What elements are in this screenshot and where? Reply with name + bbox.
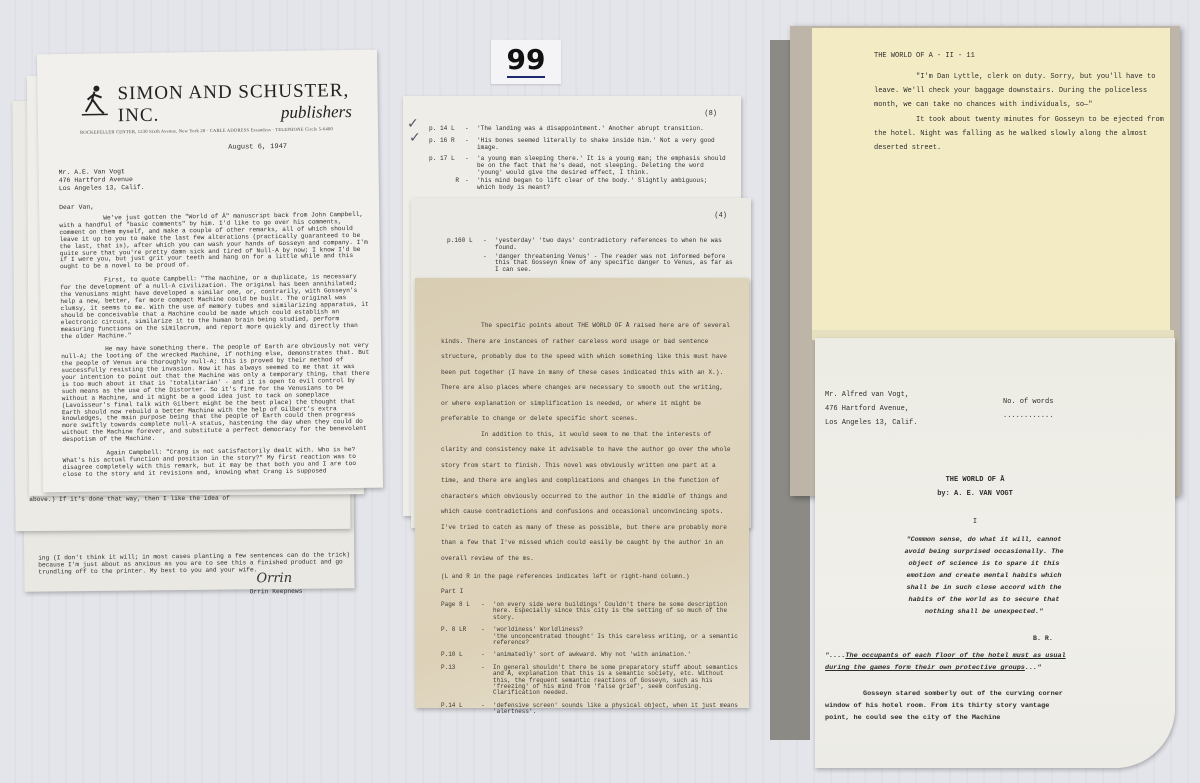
signature: Orrin <box>256 571 292 586</box>
note-entry: p. 14 L- 'The landing was a disappointme… <box>429 126 727 133</box>
lot-number: 99 <box>507 43 546 76</box>
letterhead-subtitle: publishers <box>281 102 352 123</box>
note-text: 'animatedly' sort of awkward. Why not 'w… <box>493 652 741 658</box>
manuscript-title: THE WORLD OF Ā <box>815 476 1135 484</box>
notes-summary-page: The specific points about THE WORLD OF Ā… <box>415 278 749 708</box>
summary-text: The specific points about THE WORLD OF Ā… <box>441 318 733 566</box>
opening-text: Gosseyn stared somberly out of the curvi… <box>825 688 1075 724</box>
page-number: (8) <box>704 110 717 118</box>
note-ref: p. 14 L <box>429 126 465 133</box>
manuscript-title-page: Mr. Alfred van Vogt, 476 Hartford Avenue… <box>815 338 1175 768</box>
note-ref: p. 17 L <box>429 156 465 176</box>
letter-paragraph: We've just gotten the "World of Ā" manus… <box>59 212 370 272</box>
note-text: 'a young man sleeping there.' It is a yo… <box>477 156 727 176</box>
summary-paragraph: The specific points about THE WORLD OF Ā… <box>441 318 733 427</box>
letter-salutation: Dear Van, <box>59 204 94 211</box>
quote-suffix: ..." <box>1025 664 1041 672</box>
note-text: 'The landing was a disappointment.' Anot… <box>477 126 727 133</box>
letter-paragraph: Again Campbell: "Crang is not satisfacto… <box>63 447 373 479</box>
manuscript-paragraph: "I'm Dan Lyttle, clerk on duty. Sorry, b… <box>874 70 1174 113</box>
note-text: 'His bones seemed literally to shake ins… <box>477 138 727 152</box>
manuscript-yellow-text: "I'm Dan Lyttle, clerk on duty. Sorry, b… <box>874 70 1174 155</box>
chapter-number: I <box>815 518 1135 526</box>
note-entry: p.160 L- 'yesterday' 'two days' contradi… <box>447 238 737 252</box>
quote-prefix: ".... <box>825 652 845 660</box>
manuscript-paragraph: Gosseyn stared somberly out of the curvi… <box>825 688 1075 724</box>
note-ref: P. 8 LR <box>441 627 481 646</box>
page-number: (4) <box>714 212 727 220</box>
note-entry: Page 8 L- 'on every side were buildings'… <box>441 602 741 621</box>
epigraph: "Common sense, do what it will, cannot a… <box>899 534 1069 618</box>
signer-name: Orrin Keepnews <box>250 588 303 596</box>
address-block: Mr. Alfred van Vogt, 476 Hartford Avenue… <box>815 388 1175 448</box>
manuscript-yellow-page: THE WORLD OF A - II - 11 "I'm Dan Lyttle… <box>812 28 1170 336</box>
notes-list: p.160 L- 'yesterday' 'two days' contradi… <box>447 238 737 279</box>
lot-underline <box>507 76 545 78</box>
word-count-label: No. of words ............ <box>1003 395 1053 423</box>
author-address: Mr. Alfred van Vogt, 476 Hartford Avenue… <box>825 388 917 430</box>
letter-page-3-text: ing (I don't think it will; in most case… <box>38 551 358 575</box>
epigraph-attribution: B. R. <box>1033 635 1053 642</box>
note-ref: Page 8 L <box>441 602 481 621</box>
note-ref: R <box>429 178 465 192</box>
part-label: Part I <box>441 588 463 595</box>
note-entry: R- 'his mind began to lift clear of the … <box>429 178 727 192</box>
note-ref: p.160 L <box>447 238 483 252</box>
note-entry: - 'danger threatening Venus' - The reade… <box>447 254 737 274</box>
note-entry: P.10 L- 'animatedly' sort of awkward. Wh… <box>441 652 741 658</box>
letter-front-page: SIMON AND SCHUSTER, INC. publishers ROCK… <box>37 50 383 493</box>
note-ref: p. 16 R <box>429 138 465 152</box>
note-ref <box>447 254 483 274</box>
note-ref: P.14 L <box>441 703 481 716</box>
note-ref: P.13 <box>441 665 481 697</box>
checkmark-icon: ✓ <box>409 130 421 146</box>
note-text: In general shouldn't there be some prepa… <box>493 665 741 697</box>
note-text: 'yesterday' 'two days' contradictory ref… <box>495 238 737 252</box>
column-legend-note: (L and R in the page references indicate… <box>441 574 733 581</box>
note-ref: P.10 L <box>441 652 481 658</box>
note-text: 'on every side were buildings' Couldn't … <box>493 602 741 621</box>
letterhead-address: ROCKEFELLER CENTER, 1230 Sixth Avenue, N… <box>80 126 333 135</box>
notes-list: Page 8 L- 'on every side were buildings'… <box>441 602 741 722</box>
note-text: 'his mind began to lift clear of the bod… <box>477 178 727 192</box>
note-text: 'defensive screen' sounds like a physica… <box>493 703 741 716</box>
summary-paragraph: In addition to this, it would seem to me… <box>441 427 733 567</box>
letter-paragraph: First, to quote Campbell: "The machine, … <box>60 274 371 340</box>
manuscript-paragraph: It took about twenty minutes for Gosseyn… <box>874 113 1174 156</box>
note-entry: P.13- In general shouldn't there be some… <box>441 665 741 697</box>
note-entry: p. 17 L- 'a young man sleeping there.' I… <box>429 156 727 176</box>
lot-number-tag: 99 <box>491 40 561 84</box>
letter-paragraph: He may have something there. The people … <box>61 343 372 444</box>
manuscript-page-header: THE WORLD OF A - II - 11 <box>874 52 975 60</box>
letter-date: August 6, 1947 <box>228 143 287 152</box>
note-text: 'worldiness' Worldliness? 'the unconcent… <box>493 627 741 646</box>
opening-quote: "....The occupants of each floor of the … <box>825 650 1075 674</box>
notes-list: p. 14 L- 'The landing was a disappointme… <box>429 126 727 196</box>
note-entry: P. 8 LR- 'worldiness' Worldliness? 'the … <box>441 627 741 646</box>
sower-logo-icon <box>79 83 109 117</box>
note-entry: p. 16 R- 'His bones seemed literally to … <box>429 138 727 152</box>
manuscript-byline: by: A. E. VAN VOGT <box>815 490 1135 498</box>
note-entry: P.14 L- 'defensive screen' sounds like a… <box>441 703 741 716</box>
note-text: 'danger threatening Venus' - The reader … <box>495 254 737 274</box>
letter-body: We've just gotten the "World of Ā" manus… <box>59 212 373 486</box>
letter-recipient: Mr. A.E. Van Vogt 476 Hartford Avenue Lo… <box>59 168 145 193</box>
